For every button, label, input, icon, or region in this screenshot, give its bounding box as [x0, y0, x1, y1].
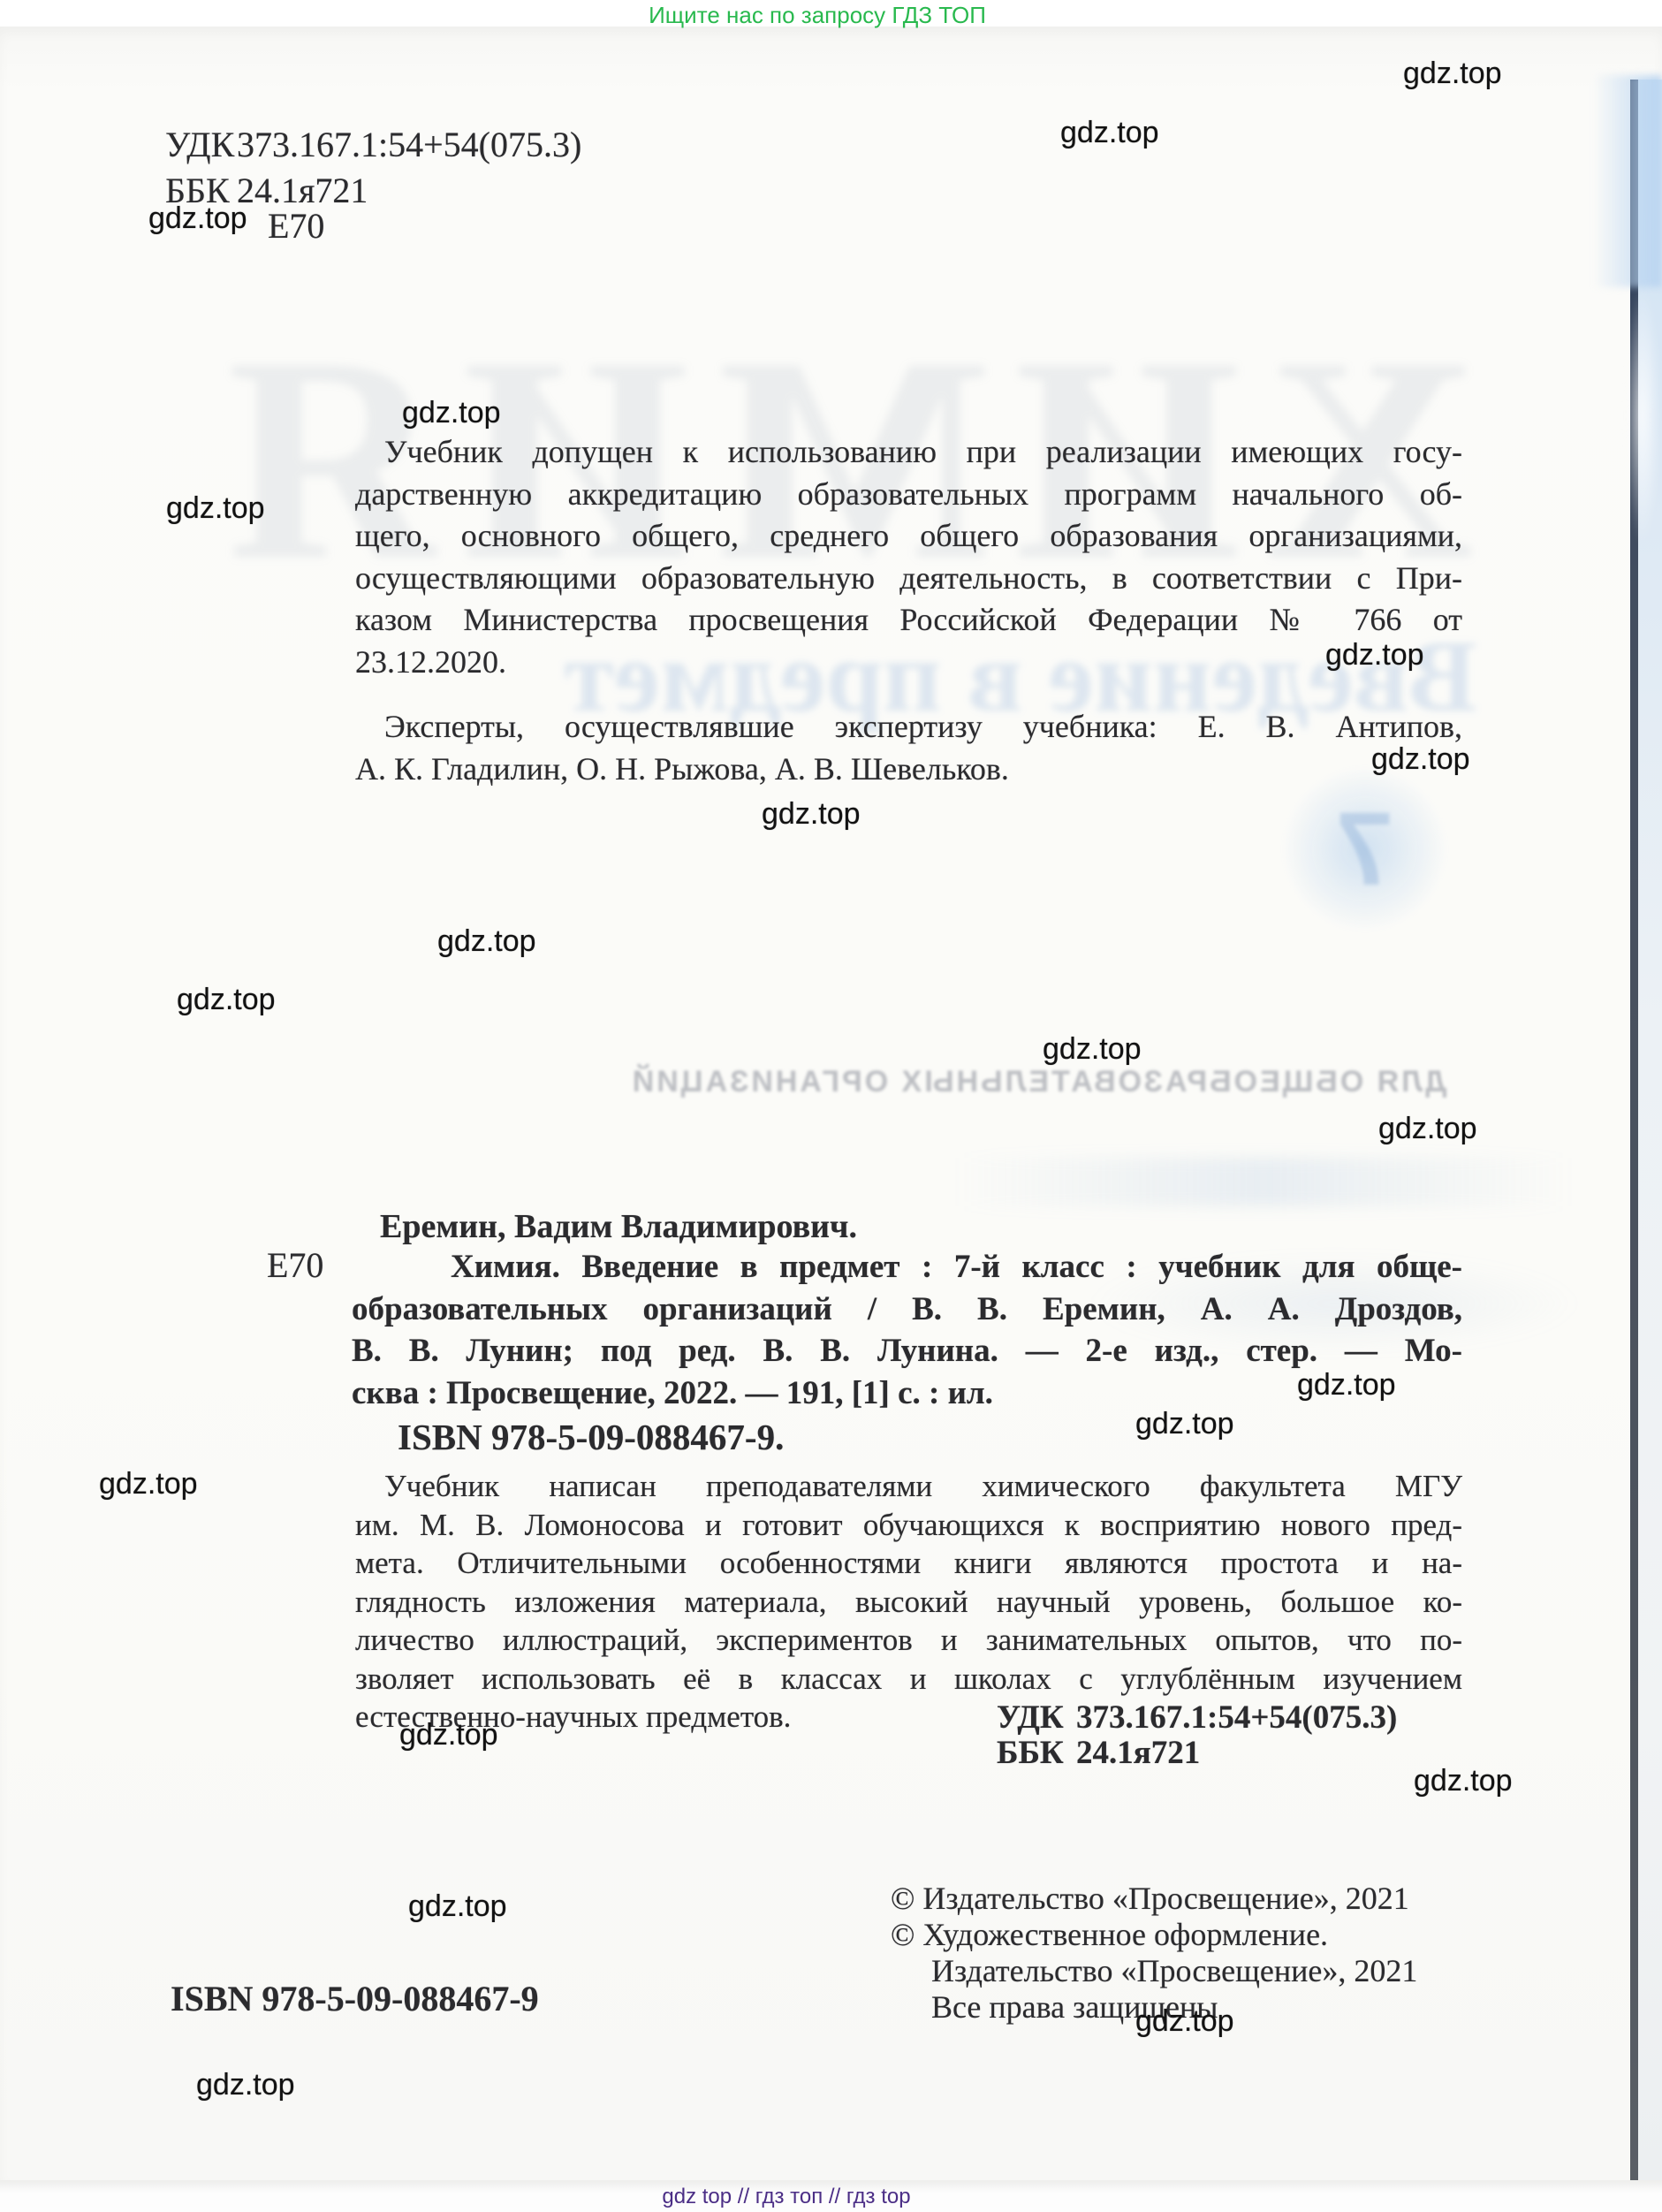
text-line: А. К. Гладилин, О. Н. Рыжова, А. В. Шеве…	[355, 748, 1462, 790]
bleed-grade-badge: 7	[1283, 767, 1446, 931]
approval-paragraph: Учебник допущен к использованию при реал…	[355, 431, 1462, 683]
text-line: им. М. В. Ломоносова и готовит обучающих…	[355, 1506, 1462, 1545]
gdz-watermark: gdz.top	[1325, 638, 1424, 673]
gdz-watermark: gdz.top	[1135, 1407, 1234, 1441]
udk-value: 373.167.1:54+54(075.3)	[237, 125, 581, 164]
gdz-watermark: gdz.top	[1378, 1112, 1477, 1146]
bottom-bbk-row: ББК24.1я721	[997, 1736, 1397, 1771]
gdz-watermark: gdz.top	[399, 1718, 498, 1752]
bottom-codes-block: УДК373.167.1:54+54(075.3) ББК24.1я721	[997, 1700, 1397, 1771]
text-line: дарственную аккредитацию образовательных…	[355, 474, 1462, 516]
gdz-watermark: gdz.top	[1414, 1764, 1513, 1798]
gdz-watermark: gdz.top	[1135, 2004, 1234, 2039]
bottom-bbk-value: 24.1я721	[1076, 1735, 1200, 1771]
text-line: глядность изложения материала, высокий н…	[355, 1583, 1462, 1622]
text-line: сква : Просвещение, 2022. — 191, [1] с. …	[352, 1372, 1462, 1415]
top-codes-block: УДК373.167.1:54+54(075.3) ББК24.1я721	[165, 122, 581, 214]
text-line: личество иллюстраций, экспериментов и за…	[355, 1621, 1462, 1660]
annotation-paragraph: Учебник написан преподавателями химическ…	[355, 1467, 1462, 1737]
page-edge-highlight	[1625, 283, 1660, 548]
experts-paragraph: Эксперты, осуществлявшие экспертизу учеб…	[355, 705, 1462, 790]
bottom-udk-value: 373.167.1:54+54(075.3)	[1076, 1699, 1397, 1736]
bottom-udk-row: УДК373.167.1:54+54(075.3)	[997, 1700, 1397, 1736]
gdz-watermark: gdz.top	[99, 1467, 198, 1501]
udk-row: УДК373.167.1:54+54(075.3)	[165, 122, 581, 168]
entry-isbn: ISBN 978-5-09-088467-9.	[398, 1416, 784, 1458]
text-line: Учебник написан преподавателями химическ…	[355, 1467, 1462, 1506]
gdz-watermark: gdz.top	[1043, 1032, 1142, 1067]
gdz-watermark: gdz.top	[1060, 116, 1159, 150]
gdz-watermark: gdz.top	[196, 2068, 295, 2102]
text-line: В. В. Лунин; под ред. В. В. Лунина. — 2-…	[352, 1330, 1462, 1372]
entry-description: Химия. Введение в предмет : 7-й класс : …	[352, 1246, 1462, 1414]
gdz-watermark: gdz.top	[762, 797, 861, 832]
text-line: образовательных организаций / В. В. Ерем…	[352, 1288, 1462, 1331]
text-line: Учебник допущен к использованию при реал…	[355, 431, 1462, 474]
text-line: зволяет использовать её в классах и школ…	[355, 1660, 1462, 1699]
text-line: осуществляющими образовательную деятельн…	[355, 558, 1462, 600]
text-line: © Художественное оформление.	[891, 1917, 1385, 1953]
text-line: Издательство «Просвещение», 2021	[891, 1953, 1385, 1989]
text-line: мета. Отличительными особенностями книги…	[355, 1544, 1462, 1583]
scanned-book-imprint-page: { "header": { "promo": "Ищите нас по зап…	[0, 0, 1662, 2212]
text-line: Химия. Введение в предмет : 7-й класс : …	[352, 1246, 1462, 1288]
bottom-bbk-label: ББК	[997, 1736, 1076, 1771]
bleed-smudge	[954, 1158, 1573, 1206]
entry-author: Еремин, Вадим Владимирович.	[380, 1207, 857, 1246]
text-line: казом Министерства просвещения Российско…	[355, 599, 1462, 642]
gdz-watermark: gdz.top	[148, 201, 247, 236]
bottom-udk-label: УДК	[997, 1700, 1076, 1736]
text-line: Эксперты, осуществлявшие экспертизу учеб…	[355, 705, 1462, 748]
text-line: © Издательство «Просвещение», 2021	[891, 1881, 1385, 1917]
text-line: 23.12.2020.	[355, 642, 1462, 684]
gdz-watermark: gdz.top	[408, 1889, 507, 1924]
promo-footer-text: gdz top // гдз топ // гдз top	[565, 2185, 1007, 2209]
gdz-watermark: gdz.top	[166, 491, 265, 526]
gdz-watermark: gdz.top	[1297, 1368, 1396, 1402]
isbn-bottom: ISBN 978-5-09-088467-9	[171, 1978, 539, 2019]
bleed-series-line: ДЛЯ ОБЩЕОБРАЗОВАТЕЛЬНЫХ ОРГАНИЗАЦИЙ	[477, 1065, 1599, 1099]
entry-author-code: Е70	[267, 1244, 323, 1286]
gdz-watermark: gdz.top	[437, 924, 536, 959]
gdz-watermark: gdz.top	[1403, 57, 1502, 91]
page-corner-blue-wedge	[1593, 75, 1662, 287]
bleed-grade-number: 7	[1336, 789, 1394, 909]
gdz-watermark: gdz.top	[402, 396, 501, 430]
author-code-top: Е70	[268, 205, 324, 247]
gdz-watermark: gdz.top	[1371, 742, 1470, 777]
gdz-watermark: gdz.top	[177, 983, 276, 1017]
text-line: щего, основного общего, среднего общего …	[355, 515, 1462, 558]
promo-header-text: Ищите нас по запросу ГДЗ ТОП	[619, 2, 1016, 29]
udk-label: УДК	[165, 122, 237, 168]
